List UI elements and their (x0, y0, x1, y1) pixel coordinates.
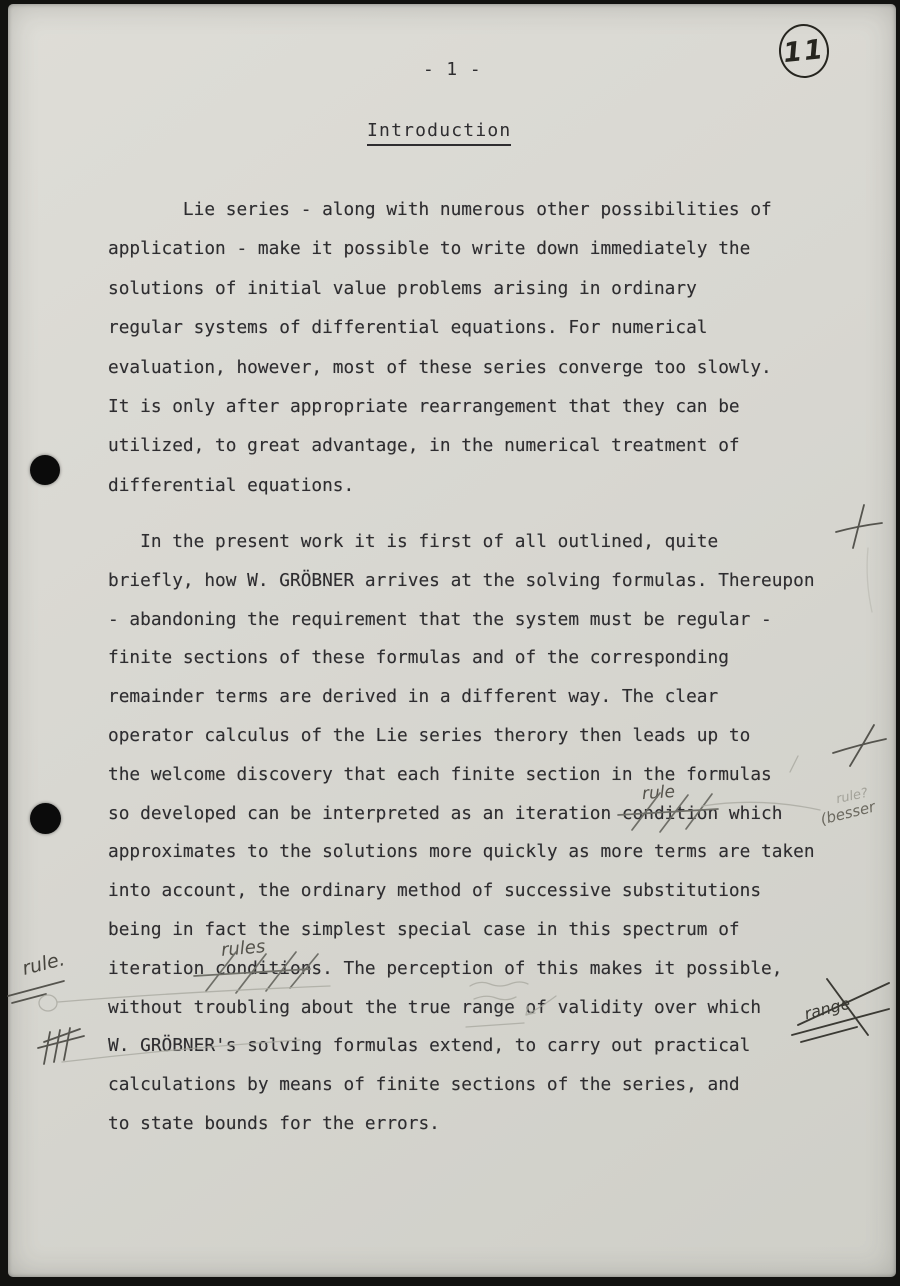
typed-text-line: into account, the ordinary method of suc… (108, 872, 868, 911)
typed-text-line: utilized, to great advantage, in the num… (108, 426, 868, 465)
typed-text-line: In the present work it is first of all o… (108, 523, 868, 562)
paragraph-2: In the present work it is first of all o… (108, 523, 868, 1144)
handwritten-correction-rule: rule (641, 782, 675, 804)
typed-text-line: It is only after appropriate rearrangeme… (108, 387, 868, 426)
page-number: - 1 - (423, 59, 482, 80)
typed-text-line: so developed can be interpreted as an it… (108, 795, 868, 834)
typed-text-line: W. GRÖBNER's solving formulas extend, to… (108, 1027, 868, 1066)
hole-punch (30, 803, 61, 834)
typed-text-line: without troubling about the true range o… (108, 989, 868, 1028)
handwritten-correction-rules: rules (220, 936, 266, 961)
hole-punch (30, 455, 60, 485)
typed-text-line: operator calculus of the Lie series ther… (108, 717, 868, 756)
page-title: Introduction (367, 120, 511, 146)
typed-text-line: briefly, how W. GRÖBNER arrives at the s… (108, 562, 868, 601)
paragraph-1: Lie series - along with numerous other p… (108, 190, 868, 505)
typed-text-line: - abandoning the requirement that the sy… (108, 601, 868, 640)
typed-text-line: regular systems of differential equation… (108, 308, 868, 347)
typed-text-line: application - make it possible to write … (108, 229, 868, 268)
typed-text-line: solutions of initial value problems aris… (108, 269, 868, 308)
typed-text-line: calculations by means of finite sections… (108, 1066, 868, 1105)
scanned-document-photo: - 1 - Introduction Lie series - along wi… (0, 0, 900, 1286)
typed-text-line: evaluation, however, most of these serie… (108, 348, 868, 387)
typed-text-line: the welcome discovery that each finite s… (108, 756, 868, 795)
typed-text-line: finite sections of these formulas and of… (108, 639, 868, 678)
typed-text-line: remainder terms are derived in a differe… (108, 678, 868, 717)
typed-text-line: differential equations. (108, 466, 868, 505)
typed-text-line: approximates to the solutions more quick… (108, 833, 868, 872)
typed-text-line: Lie series - along with numerous other p… (108, 190, 868, 229)
typed-text-line: to state bounds for the errors. (108, 1105, 868, 1144)
